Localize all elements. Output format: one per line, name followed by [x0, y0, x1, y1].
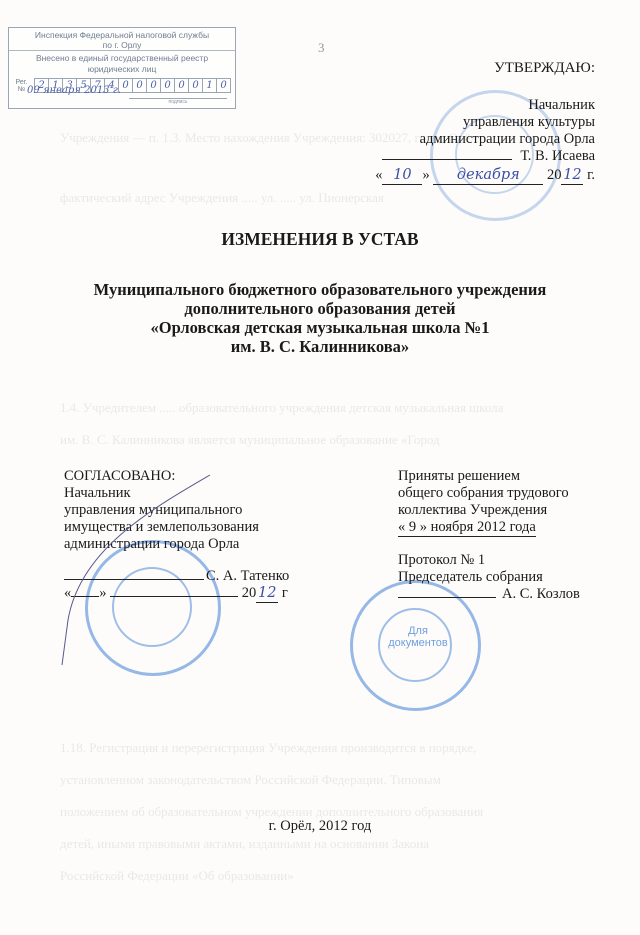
accepted-signer: А. С. Козлов [502, 586, 580, 602]
agreed-year-unit: г [282, 585, 288, 601]
show-through-text: 1.4. Учредителем ..... образовательного … [60, 400, 640, 416]
approval-month: декабря [433, 167, 543, 185]
reg-digit: 0 [147, 79, 161, 92]
tax-stamp-line3: Внесено в единый государственный реестр [36, 53, 208, 63]
accepted-block: Приняты решением общего собрания трудово… [398, 468, 580, 603]
signature-caption: подпись [129, 98, 227, 105]
registration-date: 09 января 2013 г. [27, 85, 121, 96]
subtitle-line: дополнительного образования детей [0, 299, 640, 318]
page-number: 3 [318, 40, 325, 56]
institution-name: Муниципального бюджетного образовательно… [0, 280, 640, 356]
signature-line [382, 159, 512, 160]
show-through-text: 1.18. Регистрация и перерегистрация Учре… [60, 740, 640, 756]
reg-digit: 0 [189, 79, 203, 92]
show-through-text: детей, иными правовыми актами, изданными… [60, 836, 640, 852]
approval-year-suffix: 12 [561, 167, 583, 185]
reg-digit: 1 [203, 79, 217, 92]
reg-digit: 0 [217, 79, 230, 92]
approval-line: Начальник [375, 97, 595, 114]
approval-signer: Т. В. Исаева [520, 148, 595, 164]
diagonal-signature-stroke [60, 470, 220, 670]
tax-stamp-line1: Инспекция Федеральной налоговой службы [35, 30, 209, 40]
tax-registration-stamp: Инспекция Федеральной налоговой службыпо… [8, 27, 236, 109]
approval-year-unit: г. [587, 167, 595, 183]
accepted-date: « 9 » ноября 2012 года [398, 519, 536, 537]
tax-stamp-line4: юридических лиц [88, 64, 157, 74]
show-through-text: им. В. С. Калинникова является муниципал… [60, 432, 640, 448]
approval-heading: УТВЕРЖДАЮ: [494, 60, 595, 77]
reg-digit: 0 [161, 79, 175, 92]
agreed-year-prefix: 20 [242, 585, 257, 601]
show-through-text: установленном законодательством Российск… [60, 772, 640, 788]
approval-day: 10 [382, 167, 422, 185]
show-through-text: Российской Федерации «Об образовании» [60, 868, 640, 884]
subtitle-line: «Орловская детская музыкальная школа №1 [0, 318, 640, 337]
subtitle-line: им. В. С. Калинникова» [0, 337, 640, 356]
tax-stamp-line2: по г. Орлу [103, 40, 142, 50]
approval-block: Начальник управления культуры администра… [375, 97, 595, 185]
subtitle-line: Муниципального бюджетного образовательно… [0, 280, 640, 299]
document-page: Учреждения — п. 1.3. Место нахождения Уч… [0, 0, 640, 935]
reg-digit: 0 [175, 79, 189, 92]
document-title: ИЗМЕНЕНИЯ В УСТАВ [0, 229, 640, 250]
accepted-line: общего собрания трудового [398, 485, 580, 502]
reg-digit: 0 [119, 79, 133, 92]
stamp-label: Для документов [388, 625, 448, 649]
accepted-line: Приняты решением [398, 468, 580, 485]
signature-line [398, 597, 496, 598]
agreed-year-suffix: 12 [256, 585, 278, 603]
approval-line: администрации города Орла [375, 131, 595, 148]
accepted-line: коллектива Учреждения [398, 502, 580, 519]
show-through-text: фактический адрес Учреждения ..... ул. .… [60, 190, 640, 206]
protocol-number: Протокол № 1 [398, 552, 580, 569]
approval-line: управления культуры [375, 114, 595, 131]
approval-year-prefix: 20 [547, 167, 562, 183]
chair-title: Председатель собрания [398, 569, 580, 586]
reg-digit: 0 [133, 79, 147, 92]
place-and-year: г. Орёл, 2012 год [0, 818, 640, 835]
